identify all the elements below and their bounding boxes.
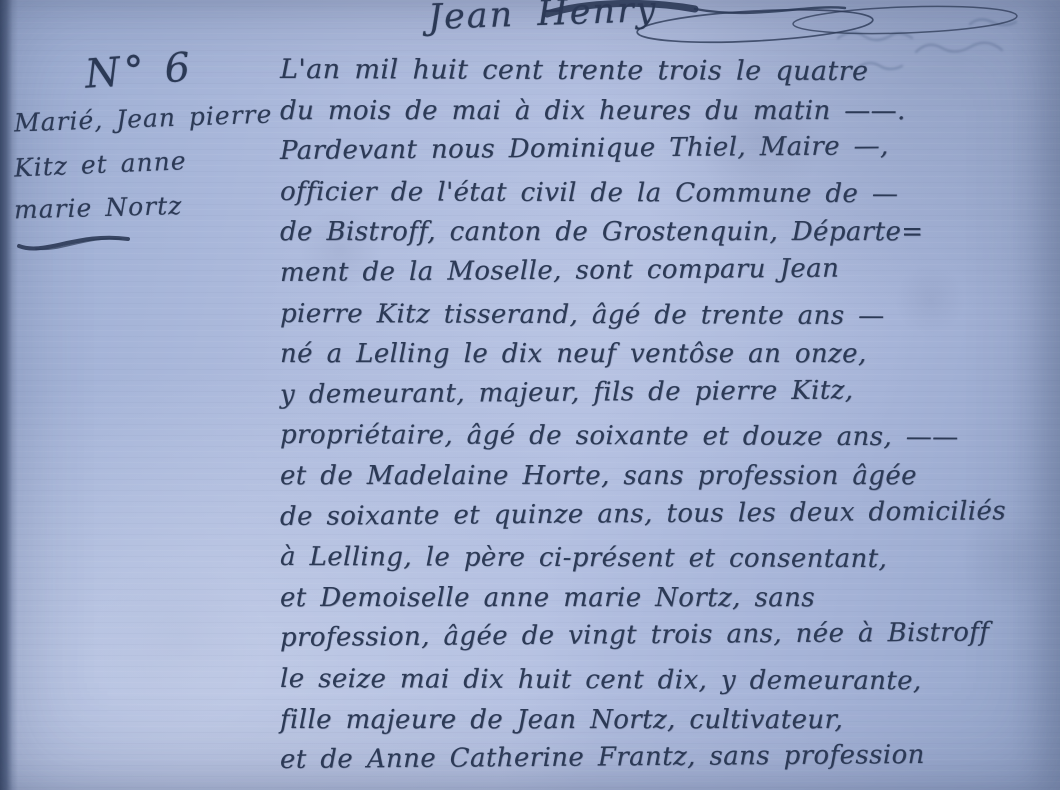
act-text-line: à Lelling, le père ci-présent et consent… xyxy=(280,537,1058,580)
act-text-line: propriétaire, âgé de soixante et douze a… xyxy=(280,415,1058,458)
margin-annotation-line: Kitz et anne xyxy=(13,142,274,182)
record-number: N° 6 xyxy=(84,44,196,98)
act-text-line: y demeurant, majeur, fils de pierre Kitz… xyxy=(280,369,1058,416)
act-text-line: L'an mil huit cent trente trois le quatr… xyxy=(280,50,1058,93)
act-text-line: ment de la Moselle, sont comparu Jean xyxy=(280,247,1058,294)
signature-flourish xyxy=(545,0,1025,52)
act-text-line: et de Madelaine Horte, sans profession â… xyxy=(280,456,1058,497)
margin-annotation-line: marie Nortz xyxy=(14,189,275,225)
margin-annotation-line: Marié, Jean pierre xyxy=(14,99,275,137)
act-text: L'an mil huit cent trente trois le quatr… xyxy=(280,50,1058,781)
act-text-line: officier de l'état civil de la Commune d… xyxy=(280,172,1058,215)
act-text-line: pierre Kitz tisserand, âgé de trente ans… xyxy=(280,294,1058,337)
act-text-line: et de Anne Catherine Frantz, sans profes… xyxy=(280,734,1058,781)
act-text-line: profession, âgée de vingt trois ans, née… xyxy=(280,612,1058,659)
margin-flourish xyxy=(16,228,136,258)
act-text-line: de soixante et quinze ans, tous les deux… xyxy=(280,490,1058,537)
act-text-line: le seize mai dix huit cent dix, y demeur… xyxy=(280,659,1058,702)
act-text-line: né a Lelling le dix neuf ventôse an onze… xyxy=(280,334,1058,375)
act-text-line: Pardevant nous Dominique Thiel, Maire —, xyxy=(280,125,1058,172)
document-page: Jean Henry N° 6 Marié, Jean pierre Kitz … xyxy=(0,0,1060,790)
